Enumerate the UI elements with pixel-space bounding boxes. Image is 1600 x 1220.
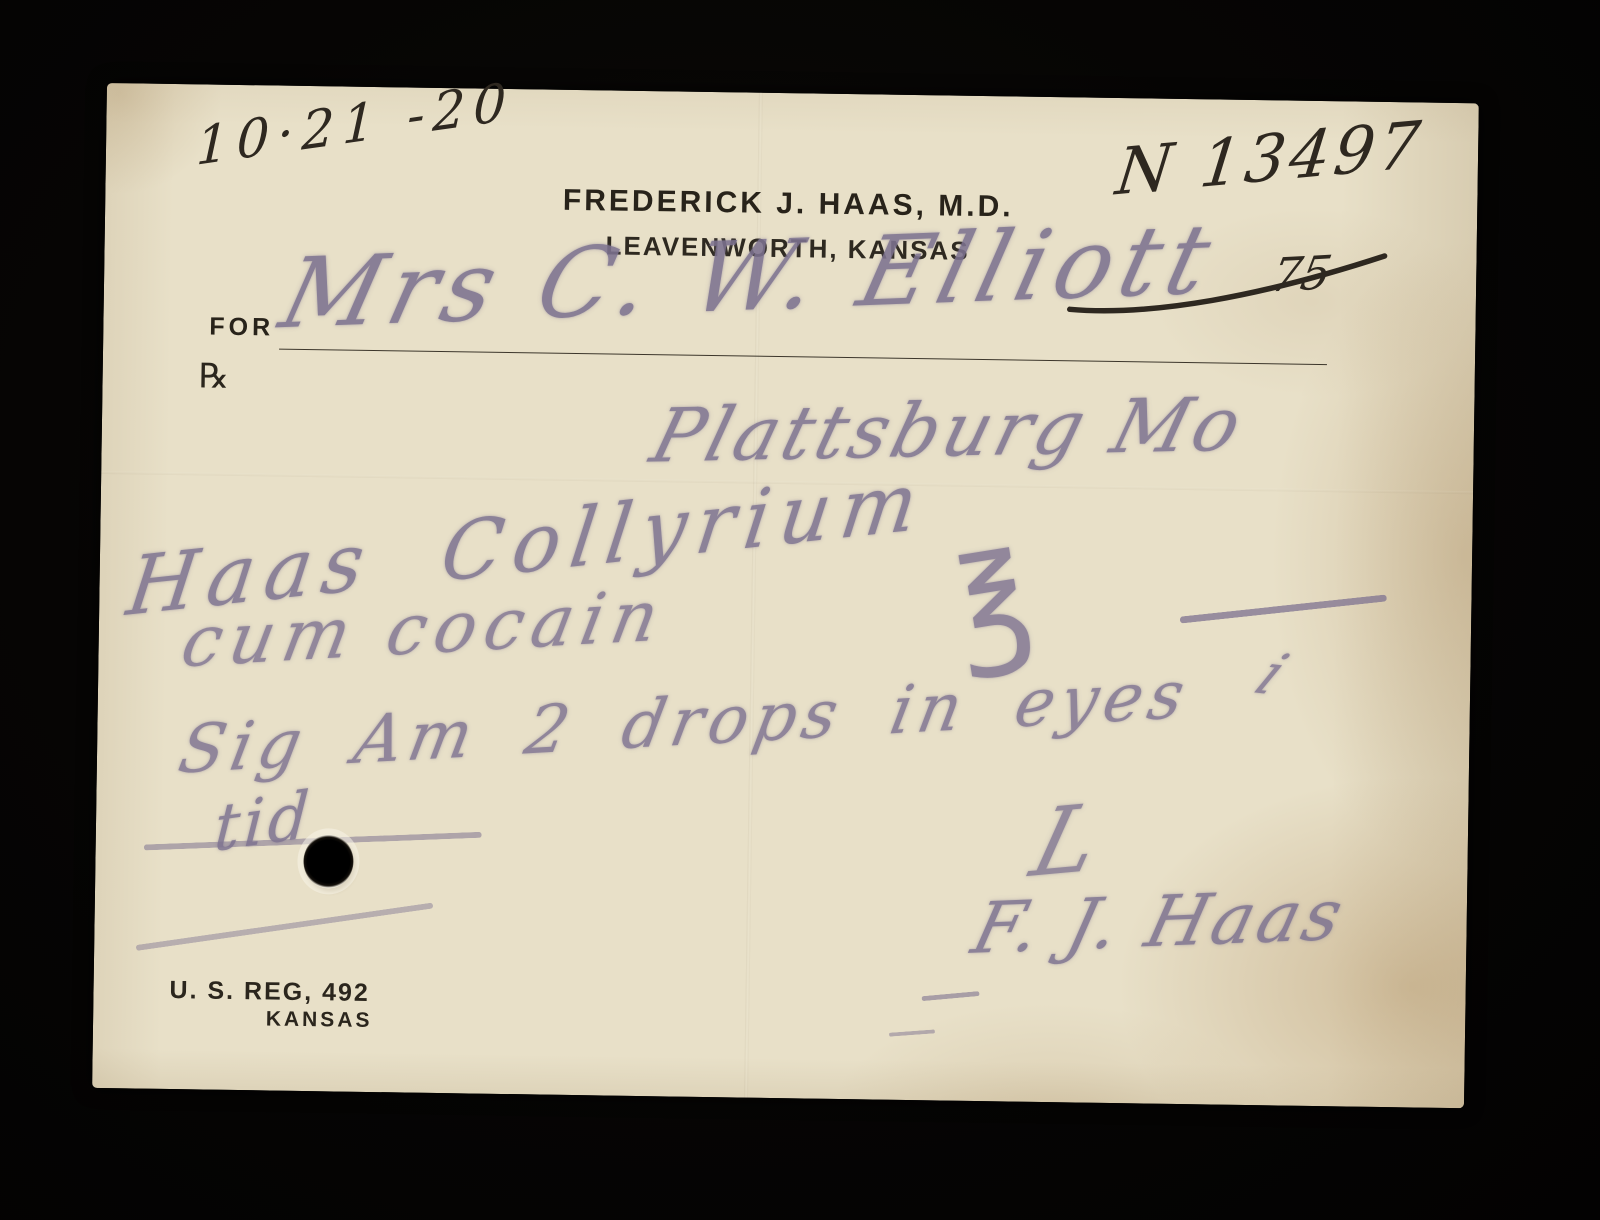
patient-name: Mrs C. W. Elliott xyxy=(271,203,1229,351)
registration-number: U. S. REG, 492 xyxy=(169,976,370,1008)
patient-name-rule xyxy=(279,349,1327,366)
apothecary-ounce-symbol: ℥ xyxy=(944,523,1042,685)
price-note: 75 xyxy=(1267,245,1336,303)
pencil-stroke-2 xyxy=(136,902,434,950)
prescription-card: FREDERICK J. HAAS, M.D. LEAVENWORTH, KAN… xyxy=(92,83,1479,1108)
handwritten-date: 10·21 -20 xyxy=(195,71,515,177)
photo-background: { "card": { "paper_color": "#e8e0c8", "i… xyxy=(0,0,1600,1220)
signature-flourish: L xyxy=(1021,783,1111,899)
signature-underdash xyxy=(889,1029,935,1036)
dosage-frequency: tid xyxy=(212,778,315,868)
physician-signature: F. J. Haas xyxy=(965,873,1355,970)
quantity-numeral: i xyxy=(1243,641,1300,707)
quantity-overline xyxy=(1180,594,1388,623)
sig-directions-line: Sig Am 2 drops in eyes xyxy=(173,655,1197,788)
prescription-number: N 13497 xyxy=(1112,108,1428,211)
punch-hole xyxy=(303,834,354,889)
rx-symbol: ℞ xyxy=(198,356,229,396)
patient-city: Plattsburg Mo xyxy=(643,381,1254,479)
for-label: FOR xyxy=(209,313,274,343)
registration-state: KANSAS xyxy=(169,1006,469,1034)
signature-dash xyxy=(921,991,979,1001)
